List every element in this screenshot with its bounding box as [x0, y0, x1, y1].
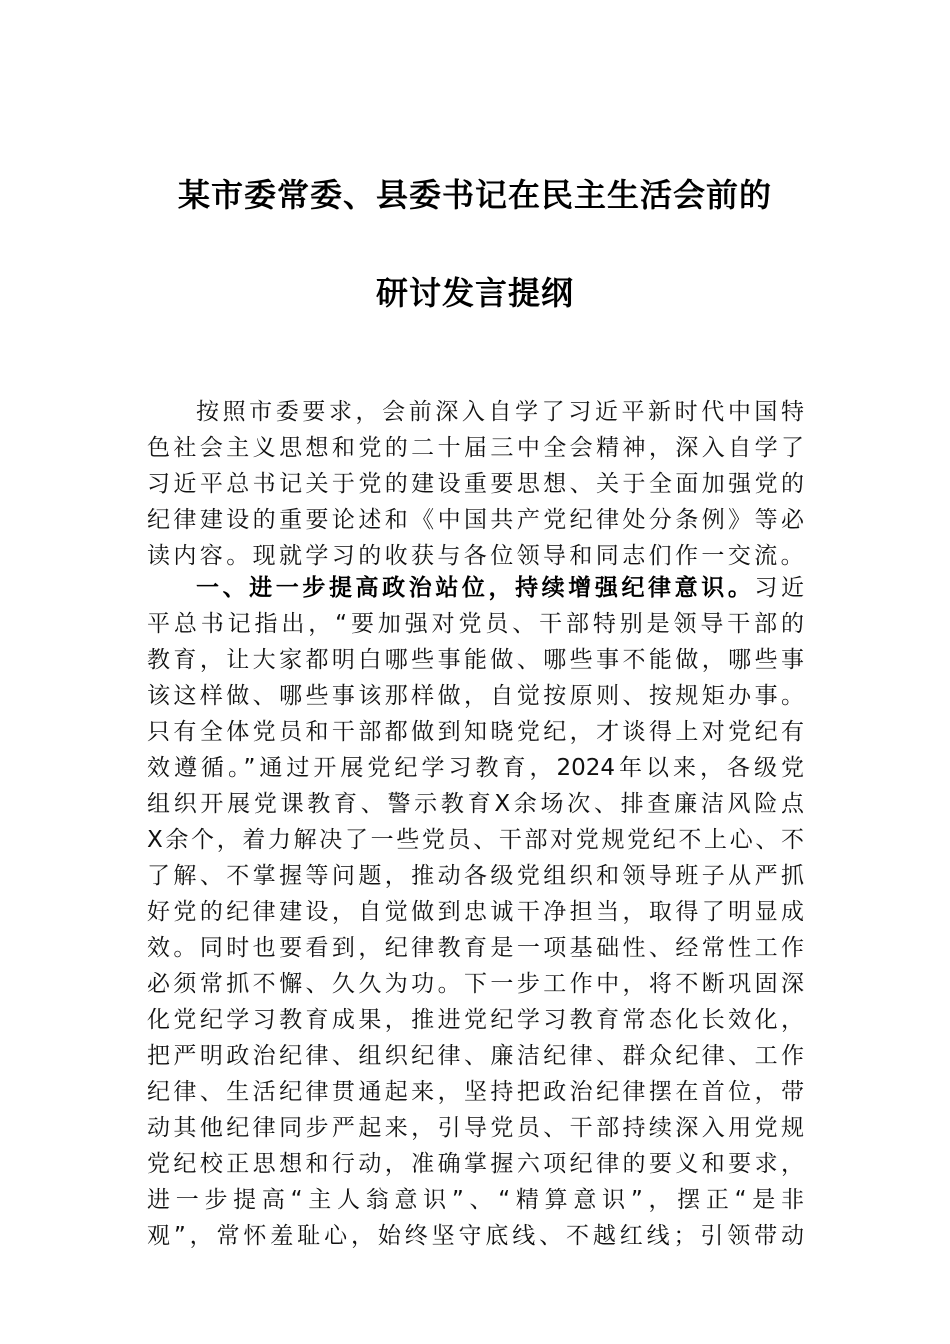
- text-line: 动其他纪律同步严起来，引导党员、干部持续深入用党规: [147, 1110, 804, 1146]
- text-line: X余个，着力解决了一些党员、干部对党规党纪不上心、不: [147, 822, 804, 858]
- text-line: 纪律、生活纪律贯通起来，坚持把政治纪律摆在首位，带: [147, 1074, 804, 1110]
- text-line: 效。同时也要看到，纪律教育是一项基础性、经常性工作: [147, 930, 804, 966]
- text-line: 纪律建设的重要论述和《中国共产党纪律处分条例》等必: [147, 502, 804, 538]
- text-line: 必须常抓不懈、久久为功。下一步工作中，将不断巩固深: [147, 966, 804, 1002]
- text-line: 效遵循。”通过开展党纪学习教育，2024年以来，各级党: [147, 750, 804, 786]
- text-line: 进一步提高“主人翁意识”、“精算意识”，摆正“是非: [147, 1182, 804, 1218]
- text-line: 平总书记指出，“要加强对党员、干部特别是领导干部的: [147, 606, 804, 642]
- text-line: 把严明政治纪律、组织纪律、廉洁纪律、群众纪律、工作: [147, 1038, 804, 1074]
- text-line: 了解、不掌握等问题，推动各级党组织和领导班子从严抓: [147, 858, 804, 894]
- section-heading-line: 一、进一步提高政治站位，持续增强纪律意识。习近: [196, 570, 804, 606]
- text-line: 习近平总书记关于党的建设重要思想、关于全面加强党的: [147, 466, 804, 502]
- text-line: 教育，让大家都明白哪些事能做、哪些事不能做，哪些事: [147, 642, 804, 678]
- text-line: 该这样做、哪些事该那样做，自觉按原则、按规矩办事。: [147, 678, 804, 714]
- text-line: 按照市委要求，会前深入自学了习近平新时代中国特: [196, 394, 804, 430]
- section-heading: 一、进一步提高政治站位，持续增强纪律意识。: [196, 575, 754, 601]
- text-run: 习近: [754, 575, 804, 601]
- text-line: 党纪校正思想和行动，准确掌握六项纪律的要义和要求，: [147, 1146, 804, 1182]
- text-line: 观”，常怀羞耻心，始终坚守底线、不越红线；引领带动: [147, 1218, 804, 1254]
- text-line: 读内容。现就学习的收获与各位领导和同志们作一交流。: [147, 538, 804, 574]
- document-title-line-1: 某市委常委、县委书记在民主生活会前的: [0, 170, 950, 216]
- text-line: 只有全体党员和干部都做到知晓党纪，才谈得上对党纪有: [147, 714, 804, 750]
- text-line: 化党纪学习教育成果，推进党纪学习教育常态化长效化，: [147, 1002, 804, 1038]
- text-line: 组织开展党课教育、警示教育X余场次、排查廉洁风险点: [147, 786, 804, 822]
- document-title-line-2: 研讨发言提纲: [0, 268, 950, 314]
- text-line: 色社会主义思想和党的二十届三中全会精神，深入自学了: [147, 430, 804, 466]
- document-page: 某市委常委、县委书记在民主生活会前的 研讨发言提纲 按照市委要求，会前深入自学了…: [0, 0, 950, 1344]
- text-line: 好党的纪律建设，自觉做到忠诚干净担当，取得了明显成: [147, 894, 804, 930]
